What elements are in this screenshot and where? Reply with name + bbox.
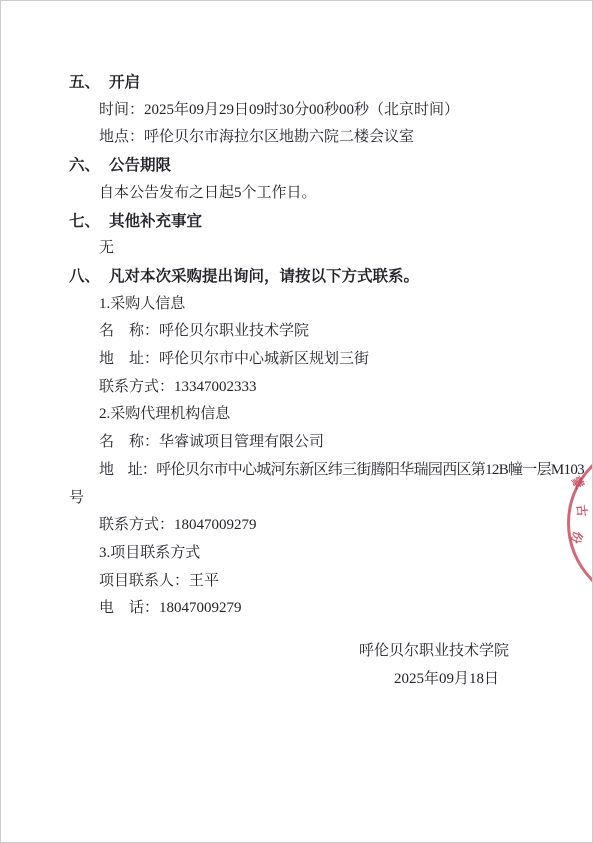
- project-contact-person-line: 项目联系人：王平: [69, 568, 572, 596]
- section-title: 凡对本次采购提出询问，请按以下方式联系。: [109, 268, 419, 285]
- document-page: 五、开启 时间：2025年09月29日09时30分00秒00秒（北京时间） 地点…: [0, 0, 593, 843]
- agency-address-line: 地 址：呼伦贝尔市中心城河东新区纬三街腾阳华瑞园西区第12B幢一层M103: [69, 457, 572, 485]
- purchaser-name-line: 名 称：呼伦贝尔职业技术学院: [69, 318, 572, 346]
- section-number: 七、: [69, 213, 100, 230]
- project-phone-line: 电 话：18047009279: [69, 595, 572, 623]
- project-contact-title: 3.项目联系方式: [69, 540, 572, 568]
- section-title: 其他补充事宜: [109, 213, 202, 230]
- section-number: 八、: [69, 268, 100, 285]
- agency-info-title: 2.采购代理机构信息: [69, 401, 572, 429]
- purchaser-address-line: 地 址：呼伦贝尔市中心城新区规划三街: [69, 346, 572, 374]
- opening-time-line: 时间：2025年09月29日09时30分00秒00秒（北京时间）: [69, 97, 572, 125]
- agency-address-wrap-line: 号: [69, 485, 572, 513]
- other-matters-line: 无: [69, 235, 572, 263]
- section-title: 开启: [109, 74, 140, 91]
- purchaser-info-title: 1.采购人信息: [69, 291, 572, 319]
- signature-org-line: 呼伦贝尔职业技术学院: [69, 638, 572, 666]
- purchaser-contact-line: 联系方式：13347002333: [69, 374, 572, 402]
- section-6-heading: 六、公告期限: [69, 152, 572, 180]
- announcement-body: 五、开启 时间：2025年09月29日09时30分00秒00秒（北京时间） 地点…: [1, 1, 592, 693]
- agency-name-line: 名 称：华睿诚项目管理有限公司: [69, 429, 572, 457]
- section-8-heading: 八、凡对本次采购提出询问，请按以下方式联系。: [69, 263, 572, 291]
- announcement-period-line: 自本公告发布之日起5个工作日。: [69, 180, 572, 208]
- agency-contact-line: 联系方式：18047009279: [69, 512, 572, 540]
- section-number: 五、: [69, 74, 100, 91]
- section-5-heading: 五、开启: [69, 69, 572, 97]
- section-title: 公告期限: [109, 157, 171, 174]
- opening-location-line: 地点：呼伦贝尔市海拉尔区地勘六院二楼会议室: [69, 124, 572, 152]
- signature-date-line: 2025年09月18日: [69, 666, 572, 694]
- section-7-heading: 七、其他补充事宜: [69, 208, 572, 236]
- section-number: 六、: [69, 157, 100, 174]
